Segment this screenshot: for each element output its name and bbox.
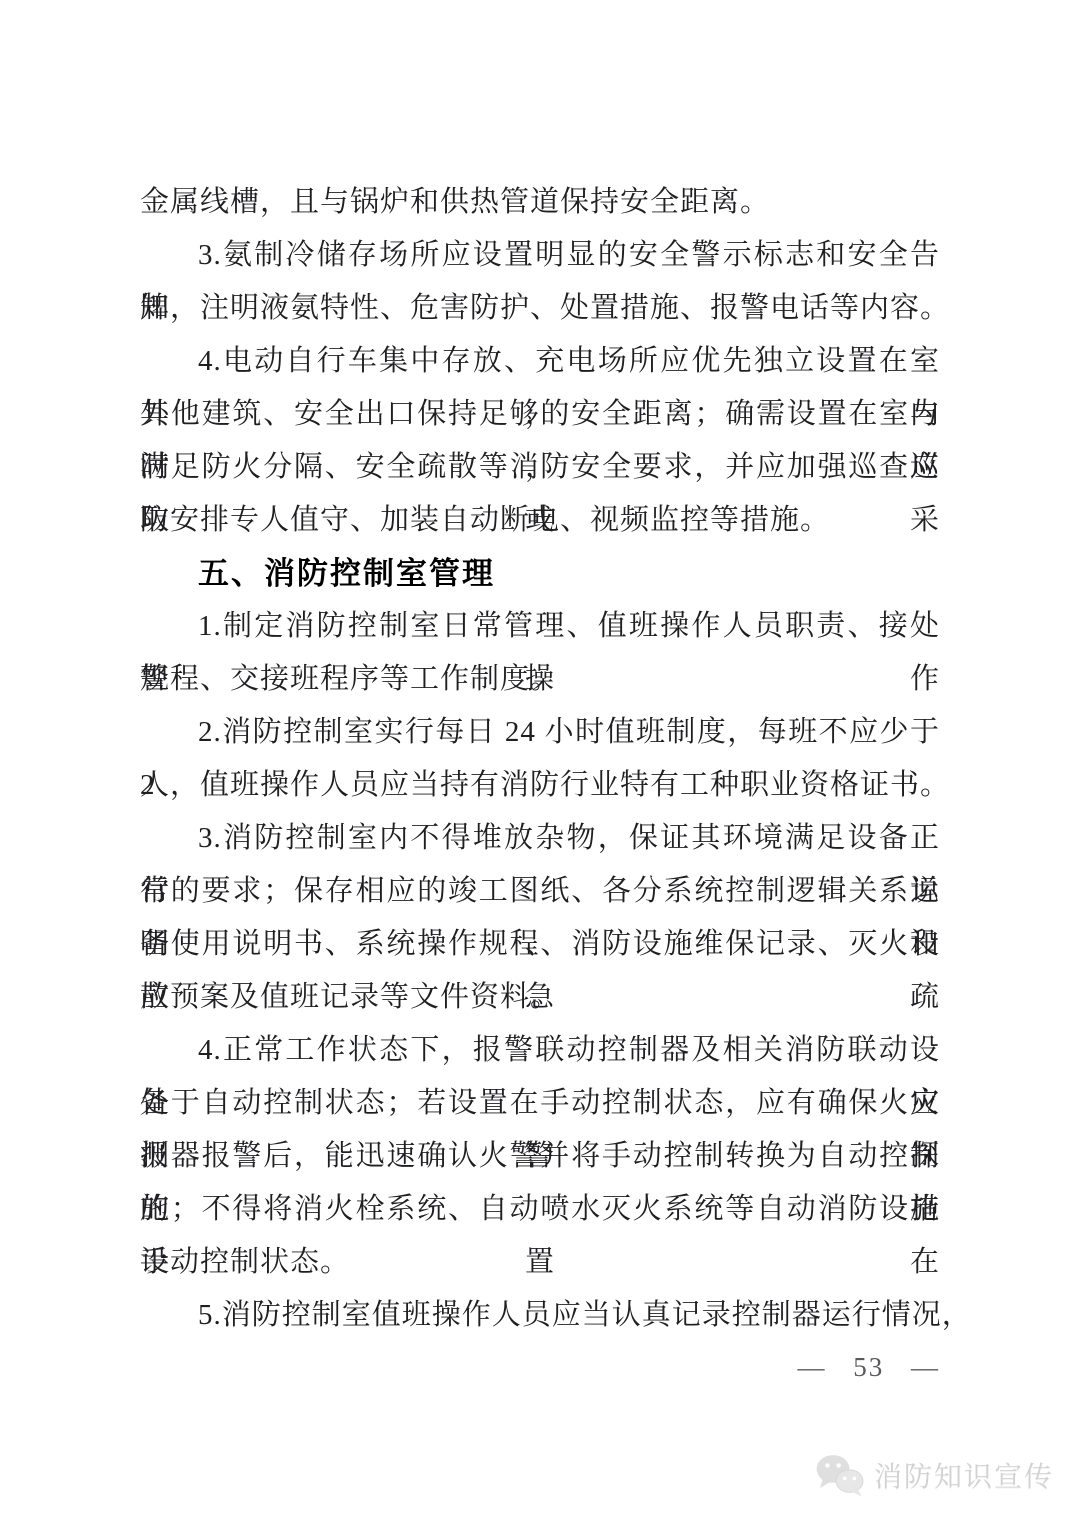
document-body: 金属线槽，且与锅炉和供热管道保持安全距离。3.氨制冷储存场所应设置明显的安全警示… — [140, 176, 940, 1342]
text-line: 3.氨制冷储存场所应设置明显的安全警示标志和安全告知 — [140, 229, 940, 282]
text-line: 金属线槽，且与锅炉和供热管道保持安全距离。 — [140, 176, 940, 229]
text-line: 4.电动自行车集中存放、充电场所应优先独立设置在室外，与 — [140, 335, 940, 388]
text-line: 处于自动控制状态；若设置在手动控制状态，应有确保火灾报警探 — [140, 1077, 940, 1130]
text-line: 测器报警后，能迅速确认火警并将手动控制转换为自动控制的措 — [140, 1130, 940, 1183]
text-line: 1.制定消防控制室日常管理、值班操作人员职责、接处警操作 — [140, 600, 940, 653]
text-line: 人，值班操作人员应当持有消防行业特有工种职业资格证书。 — [140, 759, 940, 812]
watermark: 消防知识宣传 — [814, 1452, 1054, 1498]
text-line: 备使用说明书、系统操作规程、消防设施维保记录、灭火和应急疏 — [140, 918, 940, 971]
text-line: 满足防火分隔、安全疏散等消防安全要求，并应加强巡查巡防或采 — [140, 441, 940, 494]
text-line: 其他建筑、安全出口保持足够的安全距离；确需设置在室内时，应 — [140, 388, 940, 441]
body-paragraph: 5.消防控制室值班操作人员应当认真记录控制器运行情况， — [140, 1289, 940, 1342]
body-paragraph: 4.正常工作状态下，报警联动控制器及相关消防联动设备应处于自动控制状态；若设置在… — [140, 1024, 940, 1289]
watermark-label: 消防知识宣传 — [874, 1455, 1054, 1495]
document-page: 金属线槽，且与锅炉和供热管道保持安全距离。3.氨制冷储存场所应设置明显的安全警示… — [0, 0, 1080, 1527]
body-paragraph: 1.制定消防控制室日常管理、值班操作人员职责、接处警操作规程、交接班程序等工作制… — [140, 600, 940, 706]
text-line: 4.正常工作状态下，报警联动控制器及相关消防联动设备应 — [140, 1024, 940, 1077]
text-line: 行的要求；保存相应的竣工图纸、各分系统控制逻辑关系说明、设 — [140, 865, 940, 918]
text-line: 施；不得将消火栓系统、自动喷水灭火系统等自动消防设施设置在 — [140, 1183, 940, 1236]
text-line: 取安排专人值守、加装自动断电、视频监控等措施。 — [140, 494, 940, 547]
body-paragraph: 金属线槽，且与锅炉和供热管道保持安全距离。 — [140, 176, 940, 229]
body-paragraph: 3.消防控制室内不得堆放杂物，保证其环境满足设备正常运行的要求；保存相应的竣工图… — [140, 812, 940, 1024]
text-line: 牌，注明液氨特性、危害防护、处置措施、报警电话等内容。 — [140, 282, 940, 335]
text-line: 3.消防控制室内不得堆放杂物，保证其环境满足设备正常运 — [140, 812, 940, 865]
body-paragraph: 4.电动自行车集中存放、充电场所应优先独立设置在室外，与其他建筑、安全出口保持足… — [140, 335, 940, 547]
wechat-icon — [814, 1452, 866, 1498]
body-paragraph: 3.氨制冷储存场所应设置明显的安全警示标志和安全告知牌，注明液氨特性、危害防护、… — [140, 229, 940, 335]
text-line: 5.消防控制室值班操作人员应当认真记录控制器运行情况， — [140, 1289, 940, 1342]
section-heading: 五、消防控制室管理 — [140, 547, 940, 600]
page-number: — 53 — — [798, 1352, 941, 1383]
text-line: 2.消防控制室实行每日 24 小时值班制度，每班不应少于 2 — [140, 706, 940, 759]
body-paragraph: 2.消防控制室实行每日 24 小时值班制度，每班不应少于 2人，值班操作人员应当… — [140, 706, 940, 812]
text-line: 五、消防控制室管理 — [140, 547, 940, 600]
